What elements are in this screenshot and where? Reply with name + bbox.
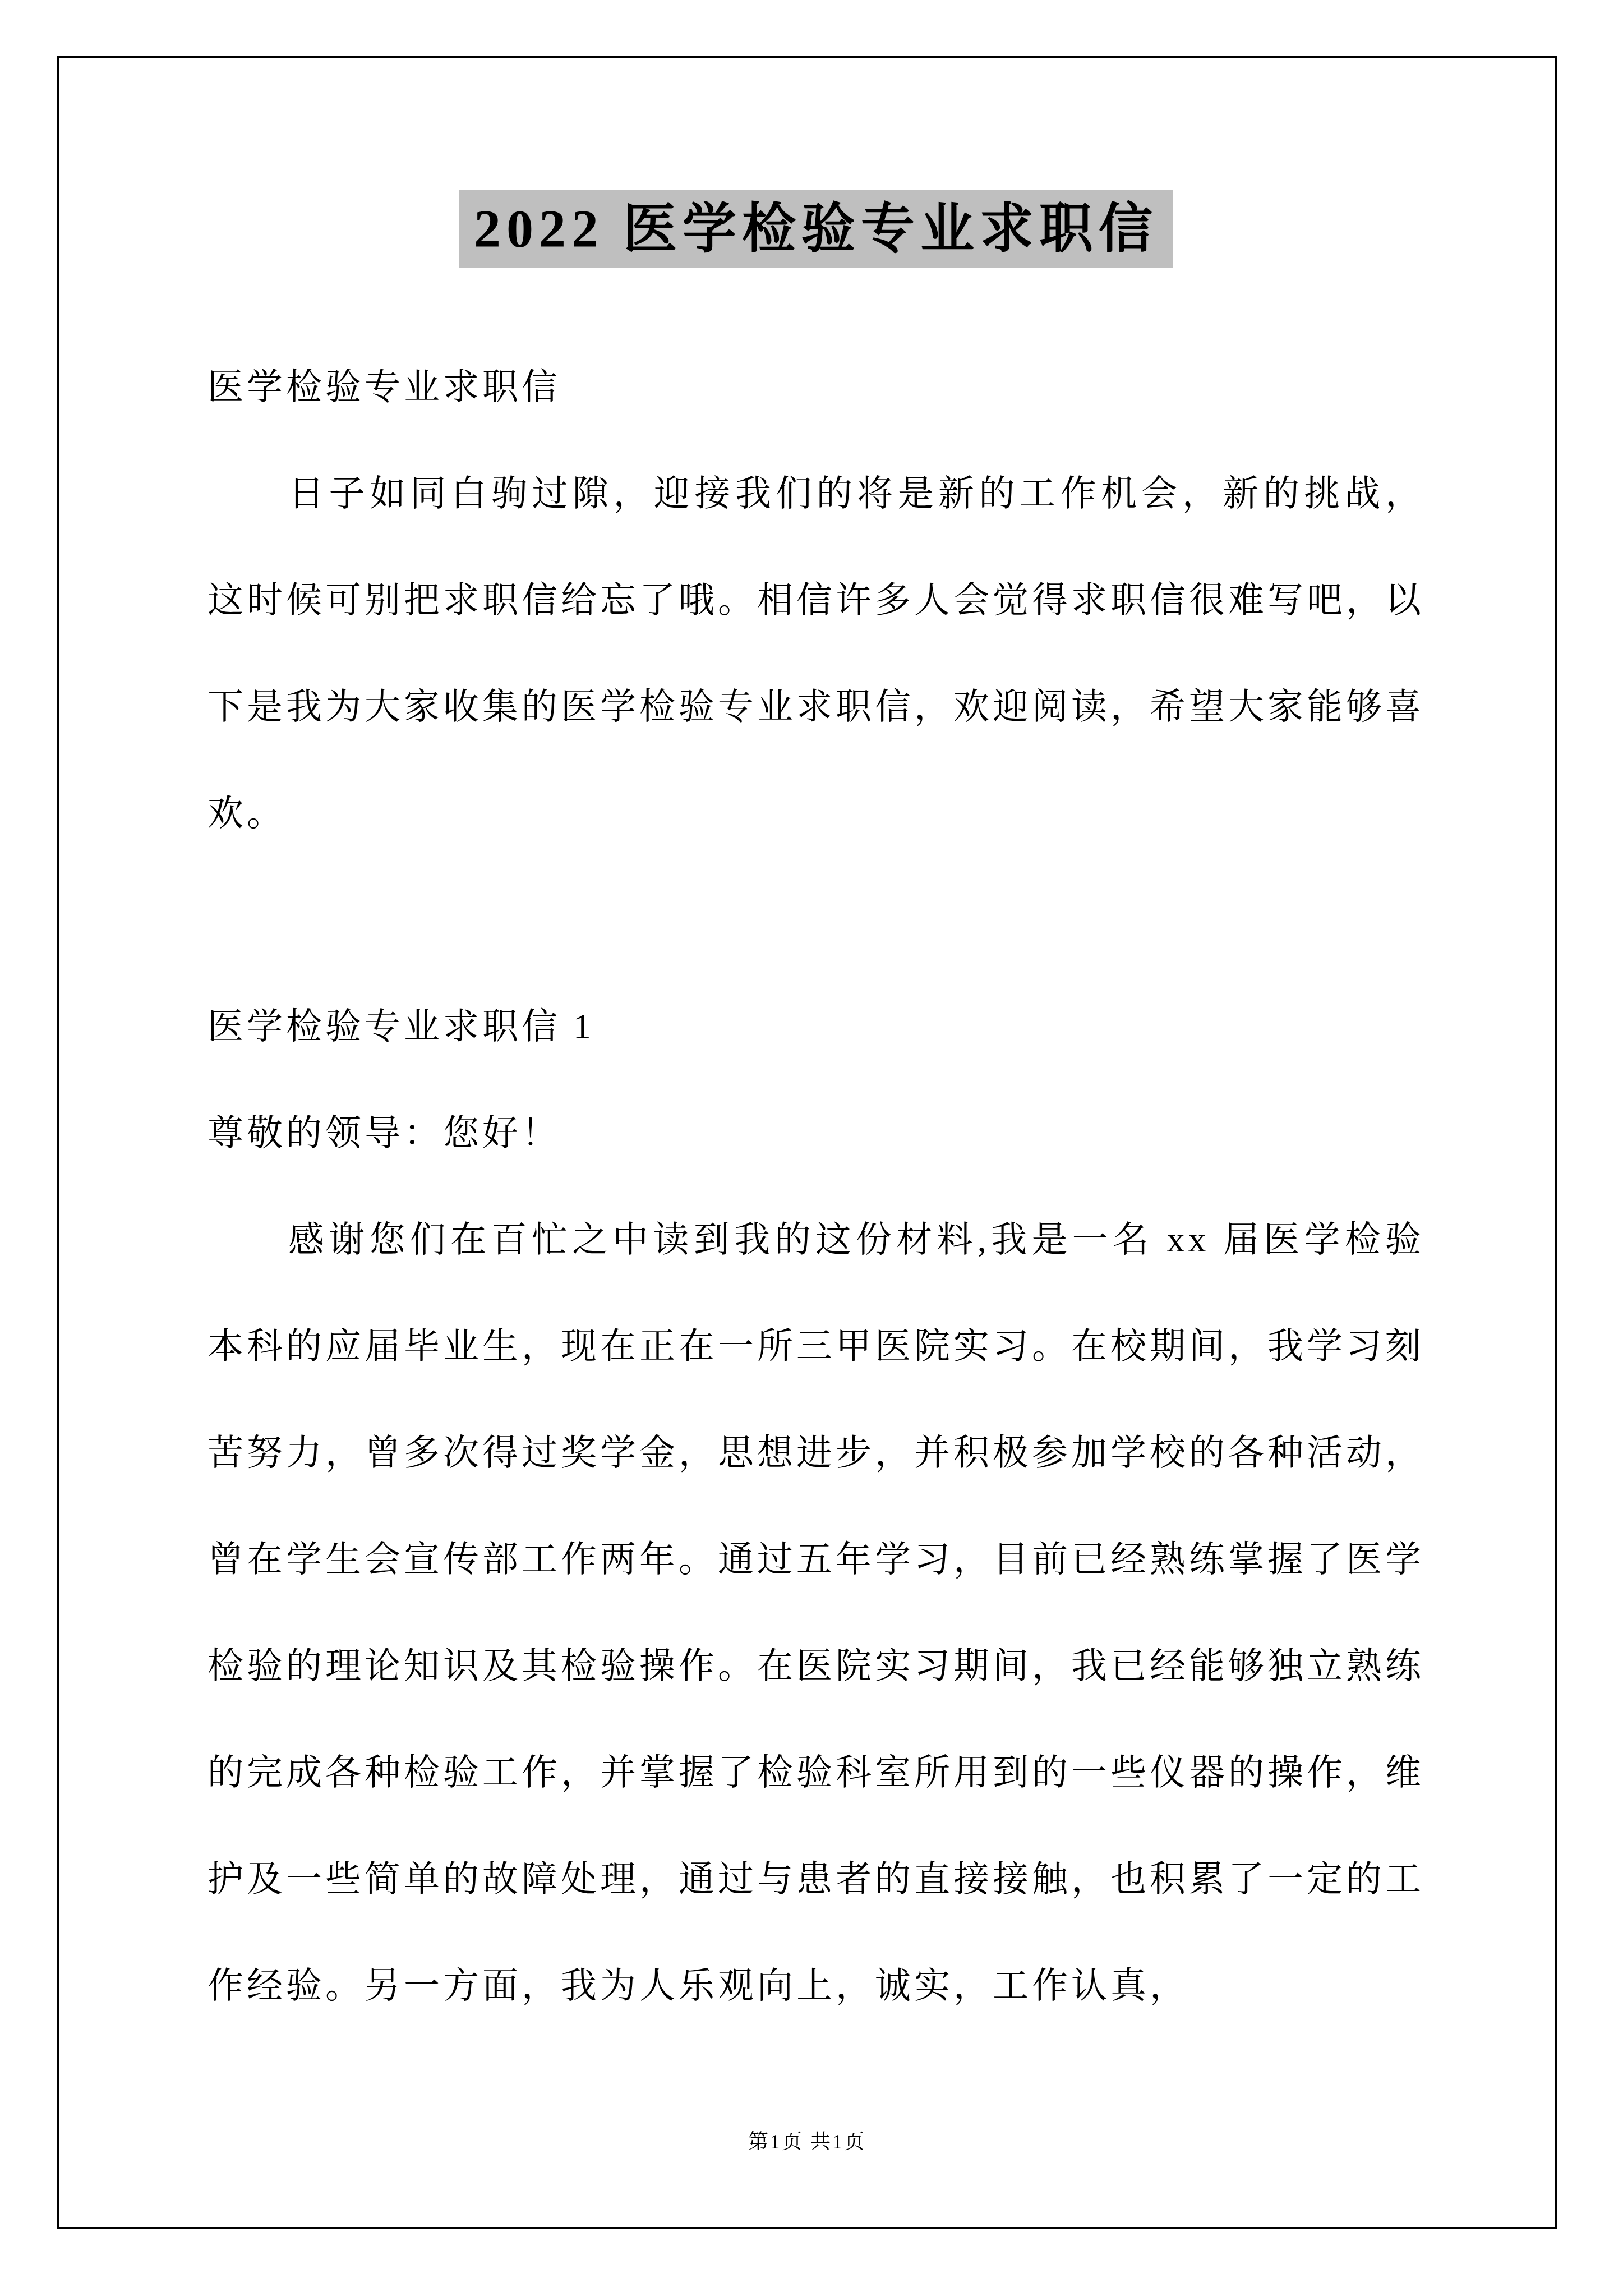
paragraph (208, 867, 1424, 973)
paragraph: 医学检验专业求职信 1 (208, 973, 1424, 1080)
page-number: 第1页 共1页 (748, 2131, 866, 2153)
document-title-text: 2022 医学检验专业求职信 (459, 190, 1173, 268)
paragraph: 医学检验专业求职信 (208, 334, 1424, 440)
document-title: 2022 医学检验专业求职信 (208, 190, 1424, 268)
document-page: 2022 医学检验专业求职信 医学检验专业求职信日子如同白驹过隙，迎接我们的将是… (0, 0, 1623, 2296)
page-footer: 第1页 共1页 (57, 2126, 1557, 2155)
paragraph: 日子如同白驹过隙，迎接我们的将是新的工作机会，新的挑战，这时候可别把求职信给忘了… (208, 440, 1424, 867)
paragraph: 感谢您们在百忙之中读到我的这份材料,我是一名 xx 届医学检验本科的应届毕业生，… (208, 1186, 1424, 2039)
paragraph: 尊敬的领导：您好！ (208, 1080, 1424, 1186)
body-paragraphs: 医学检验专业求职信日子如同白驹过隙，迎接我们的将是新的工作机会，新的挑战，这时候… (208, 334, 1424, 2039)
